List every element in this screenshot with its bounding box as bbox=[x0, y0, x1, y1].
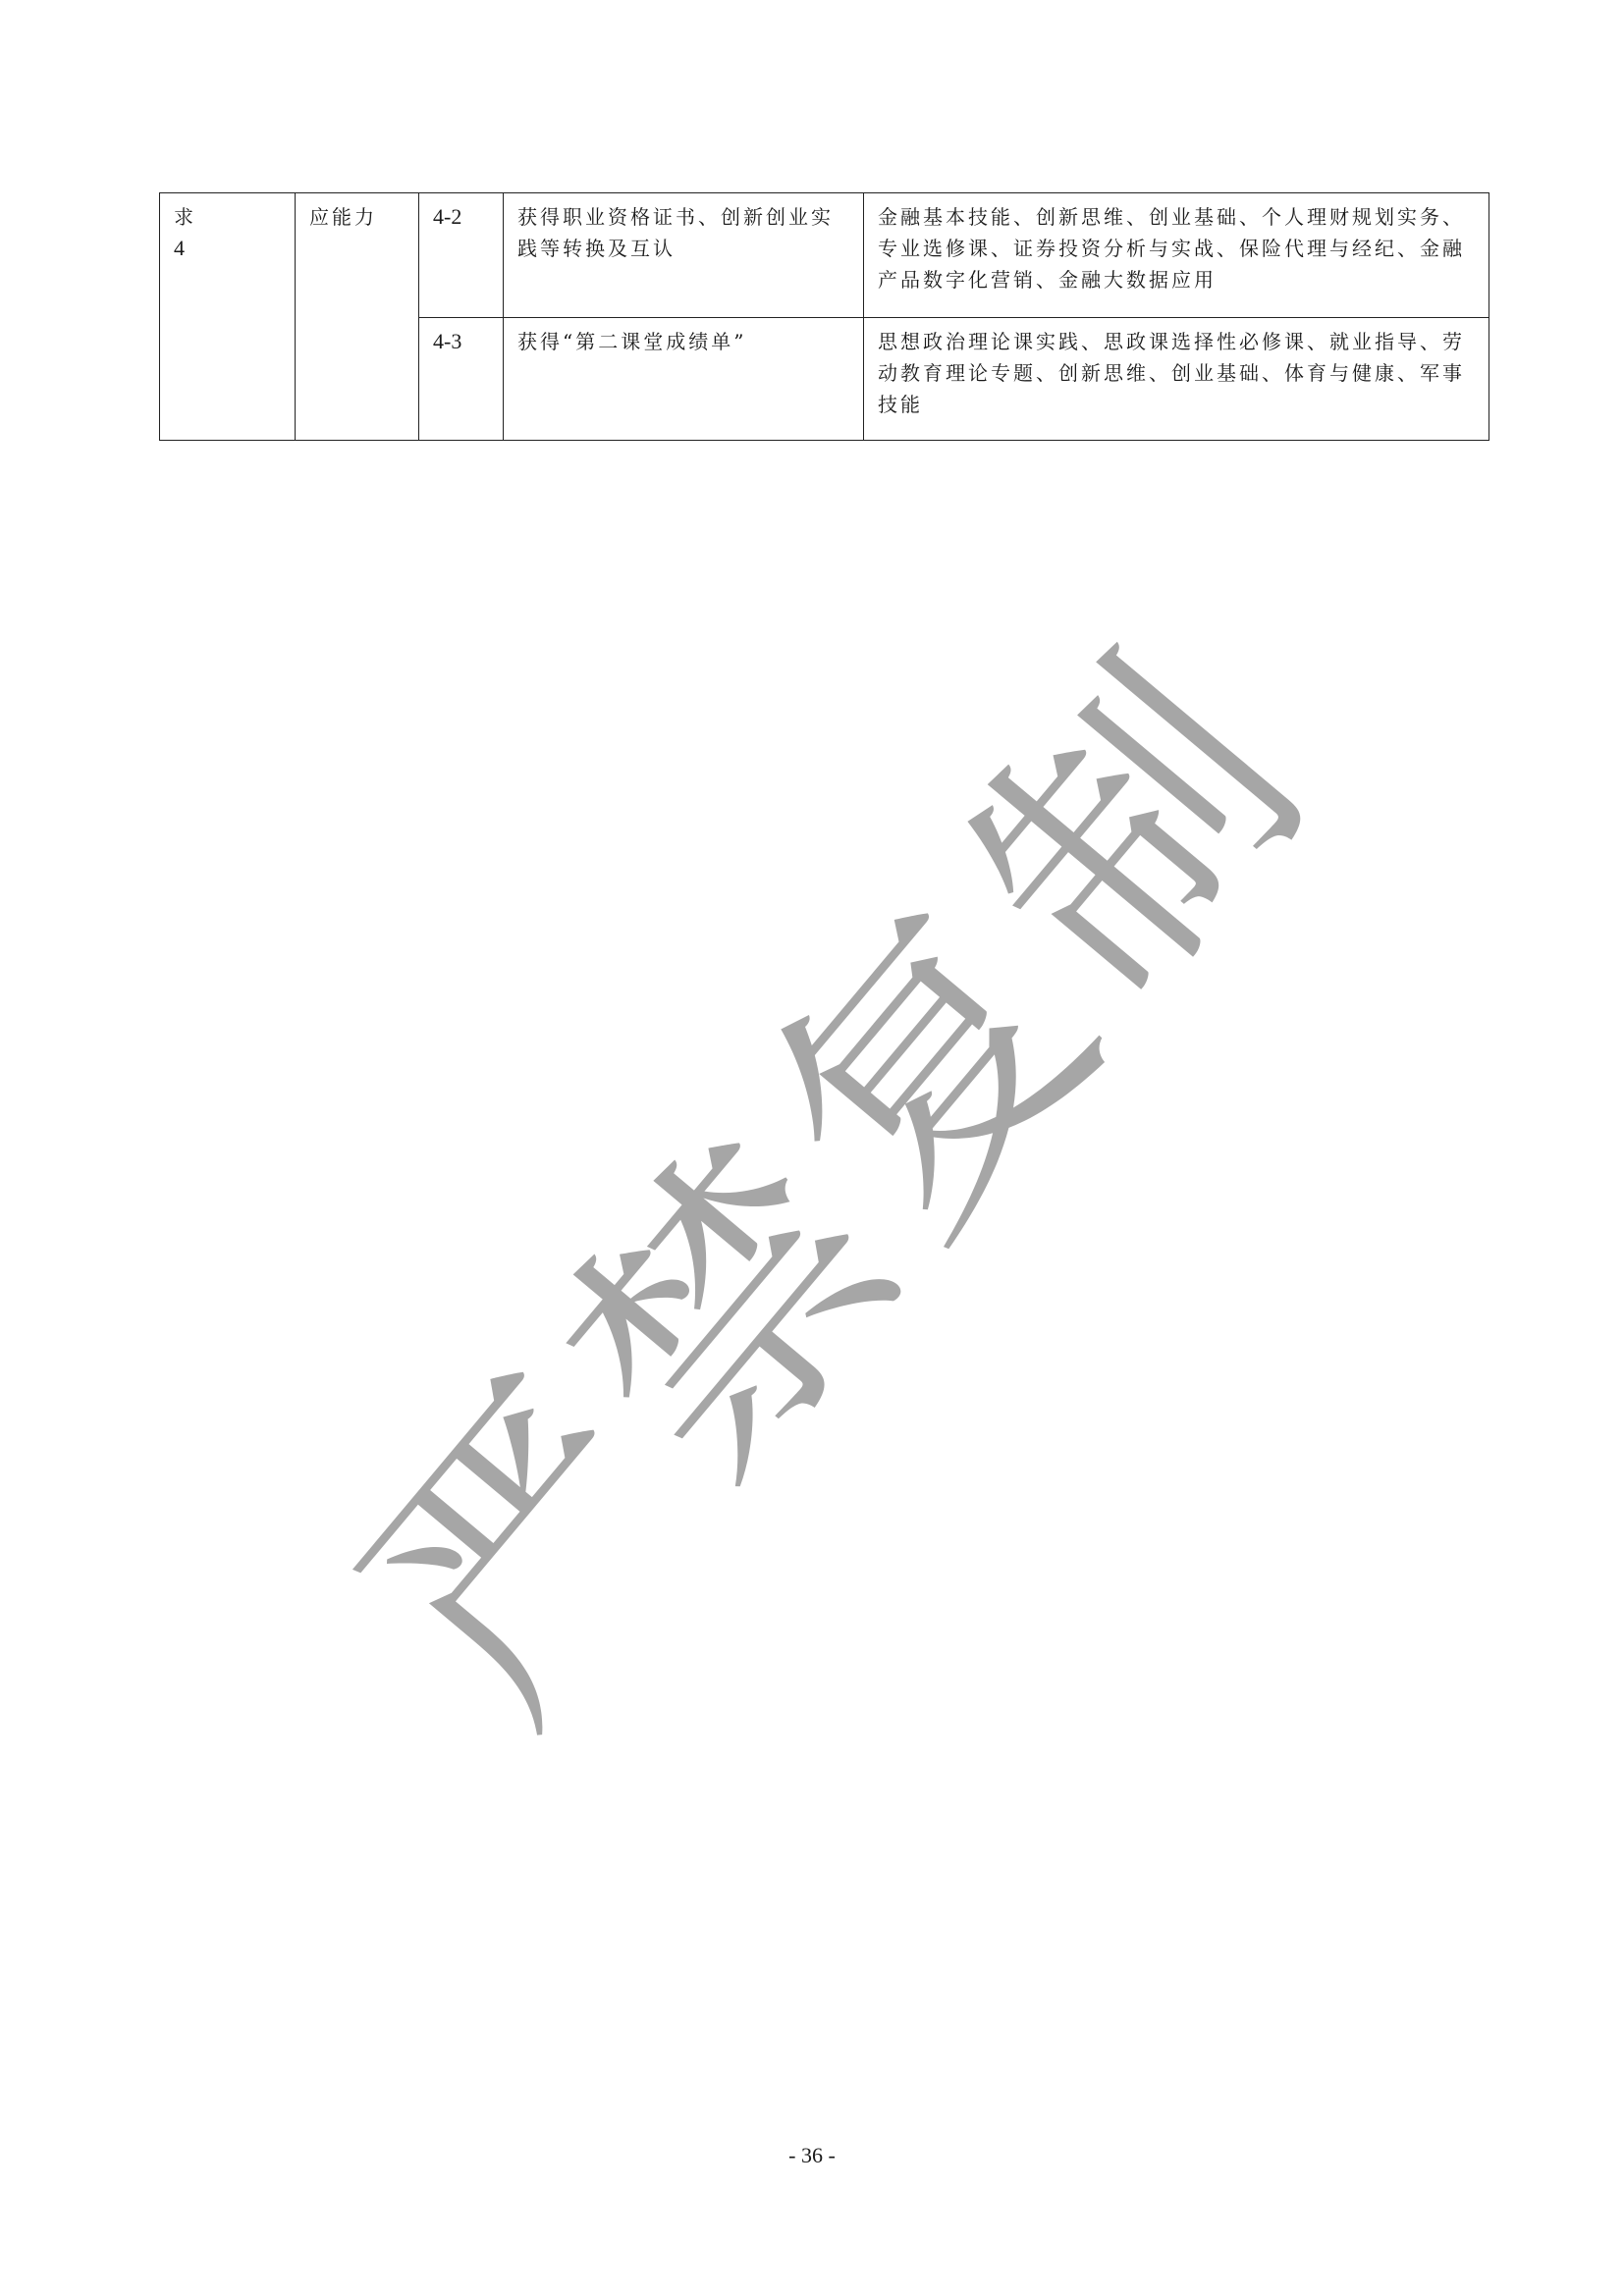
page-number: - 36 - bbox=[0, 2143, 1624, 2168]
requirement-category-cell: 求 4 bbox=[160, 193, 296, 441]
category-text: 求 bbox=[174, 201, 285, 233]
requirement-text: 获得“第二课堂成绩单” bbox=[517, 326, 853, 357]
ability-text: 应能力 bbox=[309, 201, 408, 233]
category-number: 4 bbox=[174, 233, 285, 264]
requirement-text: 获得职业资格证书、创新创业实践等转换及互认 bbox=[517, 201, 853, 264]
courses-text: 金融基本技能、创新思维、创业基础、个人理财规划实务、专业选修课、证券投资分析与实… bbox=[878, 201, 1479, 295]
requirement-cell: 获得职业资格证书、创新创业实践等转换及互认 bbox=[504, 193, 864, 318]
table-row: 求 4 应能力 4-2 获得职业资格证书、创新创业实践等转换及互认 金融基本技能… bbox=[160, 193, 1489, 318]
code-cell: 4-2 bbox=[419, 193, 504, 318]
requirement-cell: 获得“第二课堂成绩单” bbox=[504, 318, 864, 441]
courses-text: 思想政治理论课实践、思政课选择性必修课、就业指导、劳动教育理论专题、创新思维、创… bbox=[878, 326, 1479, 420]
ability-cell: 应能力 bbox=[296, 193, 419, 441]
watermark: 严禁复制 bbox=[324, 608, 1358, 1759]
code-cell: 4-3 bbox=[419, 318, 504, 441]
requirement-code: 4-3 bbox=[433, 326, 493, 357]
requirements-table: 求 4 应能力 4-2 获得职业资格证书、创新创业实践等转换及互认 金融基本技能… bbox=[159, 192, 1489, 441]
requirement-code: 4-2 bbox=[433, 201, 493, 233]
document-page: 求 4 应能力 4-2 获得职业资格证书、创新创业实践等转换及互认 金融基本技能… bbox=[0, 0, 1624, 2296]
courses-cell: 思想政治理论课实践、思政课选择性必修课、就业指导、劳动教育理论专题、创新思维、创… bbox=[864, 318, 1489, 441]
courses-cell: 金融基本技能、创新思维、创业基础、个人理财规划实务、专业选修课、证券投资分析与实… bbox=[864, 193, 1489, 318]
